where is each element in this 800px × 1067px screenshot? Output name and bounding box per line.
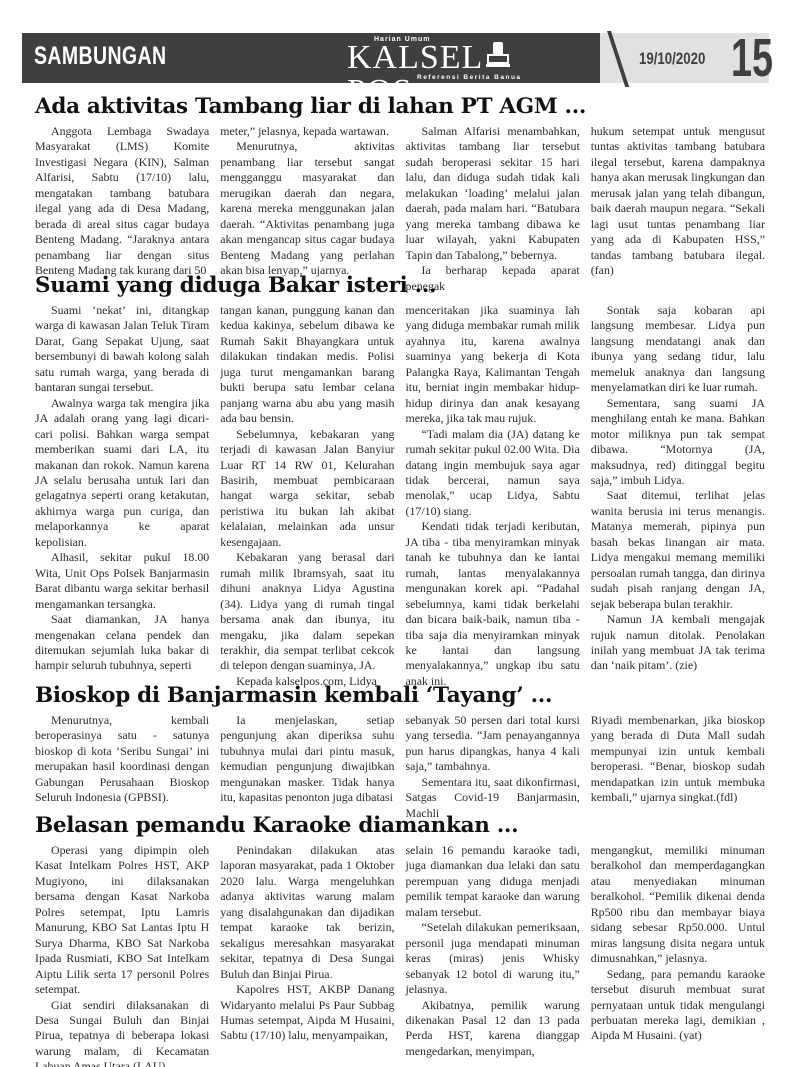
- paragraph: Akibatnya, pemilik warung dikenakan Pasa…: [406, 998, 580, 1060]
- paragraph: Giat sendiri dilaksanakan di Desa Sungai…: [35, 998, 209, 1067]
- paragraph: sebanyak 50 persen dari total kursi yang…: [406, 713, 580, 775]
- paragraph: Sementara, sang suami JA menghilang enta…: [591, 396, 765, 489]
- article-headline: Belasan pemandu Karaoke diamankan ...: [35, 812, 765, 840]
- article-column-4: Sontak saja kobaran api langsung membesa…: [591, 303, 765, 689]
- paragraph: Salman Alfarisi menambahkan, aktivitas t…: [406, 124, 580, 263]
- article-headline: Suami yang diduga Bakar isteri ...: [35, 272, 765, 300]
- article-bioskop-tayang: Bioskop di Banjarmasin kembali ‘Tayang’ …: [35, 682, 765, 821]
- paragraph: Anggota Lembaga Swadaya Masyarakat (LMS)…: [35, 124, 209, 279]
- logo-left-text: KALSEL: [347, 39, 483, 76]
- article-headline: Ada aktivitas Tambang liar di lahan PT A…: [35, 93, 765, 121]
- logo-tagline: Referensi Berita Banua: [417, 74, 522, 81]
- article-tambang-liar: Ada aktivitas Tambang liar di lahan PT A…: [35, 93, 765, 294]
- paragraph: “Setelah dilakukan pemeriksaan, personil…: [406, 920, 580, 997]
- newspaper-logo: Harian Umum KALSELPOS Referensi Berita B…: [347, 36, 577, 82]
- paragraph: Riyadi membenarkan, jika bioskop yang be…: [591, 713, 765, 806]
- paragraph: menceritakan jika suaminya lah yang didu…: [406, 303, 580, 427]
- paragraph: Kendati tidak terjadi keributan, JA tiba…: [406, 519, 580, 689]
- rumah-banjar-icon: [486, 42, 510, 70]
- article-columns: Menurutnya, kembali beroperasinya satu -…: [35, 713, 765, 821]
- article-columns: Anggota Lembaga Swadaya Masyarakat (LMS)…: [35, 124, 765, 294]
- issue-date: 19/10/2020: [639, 49, 705, 69]
- paragraph: “Tadi malam dia (JA) datang ke rumah sek…: [406, 427, 580, 520]
- paragraph: Operasi yang dipimpin oleh Kasat Intelka…: [35, 843, 209, 998]
- paragraph: meter,” jelasnya, kepada wartawan.: [220, 124, 394, 139]
- paragraph: selain 16 pemandu karaoke tadi, juga dia…: [406, 843, 580, 920]
- article-column-4: mengangkut, memiliki minuman beralkohol …: [591, 843, 765, 1067]
- article-columns: Suami ‘nekat’ ini, ditangkap warga di ka…: [35, 303, 765, 689]
- article-column-3: menceritakan jika suaminya lah yang didu…: [406, 303, 580, 689]
- article-column-2: meter,” jelasnya, kepada wartawan. Menur…: [220, 124, 394, 294]
- article-pemandu-karaoke: Belasan pemandu Karaoke diamankan ... Op…: [35, 812, 765, 1067]
- article-column-3: sebanyak 50 persen dari total kursi yang…: [406, 713, 580, 821]
- article-column-1: Suami ‘nekat’ ini, ditangkap warga di ka…: [35, 303, 209, 689]
- article-column-1: Menurutnya, kembali beroperasinya satu -…: [35, 713, 209, 821]
- paragraph: Menurutnya, aktivitas penambang liar ter…: [220, 139, 394, 278]
- article-column-3: Salman Alfarisi menambahkan, aktivitas t…: [406, 124, 580, 294]
- paragraph: hukum setempat untuk mengusut tuntas akt…: [591, 124, 765, 279]
- paragraph: Menurutnya, kembali beroperasinya satu -…: [35, 713, 209, 806]
- paragraph: Saat ditemui, terlihat jelas wanita beru…: [591, 488, 765, 612]
- masthead: SAMBUNGAN Harian Umum KALSELPOS Referens…: [22, 33, 769, 83]
- paragraph: mengangkut, memiliki minuman beralkohol …: [591, 843, 765, 967]
- article-column-4: hukum setempat untuk mengusut tuntas akt…: [591, 124, 765, 294]
- paragraph: Ia menjelaskan, setiap pengunjung akan d…: [220, 713, 394, 806]
- article-column-2: tangan kanan, punggung kanan dan kedua k…: [220, 303, 394, 689]
- article-column-1: Operasi yang dipimpin oleh Kasat Intelka…: [35, 843, 209, 1067]
- paragraph: Kapolres HST, AKBP Danang Widaryanto mel…: [220, 982, 394, 1044]
- article-column-2: Ia menjelaskan, setiap pengunjung akan d…: [220, 713, 394, 821]
- paragraph: Namun JA kembali mengajak rujuk namun di…: [591, 612, 765, 674]
- article-column-3: selain 16 pemandu karaoke tadi, juga dia…: [406, 843, 580, 1067]
- paragraph: Sedang, para pemandu karaoke tersebut di…: [591, 967, 765, 1044]
- page-number: 15: [731, 29, 773, 87]
- paragraph: tangan kanan, punggung kanan dan kedua k…: [220, 303, 394, 427]
- paragraph: Sebelumnya, kebakaran yang terjadi di ka…: [220, 427, 394, 551]
- paragraph: Suami ‘nekat’ ini, ditangkap warga di ka…: [35, 303, 209, 396]
- paragraph: Alhasil, sekitar pukul 18.00 Wita, Unit …: [35, 550, 209, 612]
- article-column-1: Anggota Lembaga Swadaya Masyarakat (LMS)…: [35, 124, 209, 294]
- paragraph: Kebakaran yang berasal dari rumah milik …: [220, 550, 394, 674]
- paragraph: Awalnya warga tak mengira jika JA adalah…: [35, 396, 209, 551]
- paragraph: Saat diamankan, JA hanya mengenakan cela…: [35, 612, 209, 674]
- article-column-4: Riyadi membenarkan, jika bioskop yang be…: [591, 713, 765, 821]
- article-headline: Bioskop di Banjarmasin kembali ‘Tayang’ …: [35, 682, 765, 710]
- paragraph: Penindakan dilakukan atas laporan masyar…: [220, 843, 394, 982]
- article-column-2: Penindakan dilakukan atas laporan masyar…: [220, 843, 394, 1067]
- paragraph: Sontak saja kobaran api langsung membesa…: [591, 303, 765, 396]
- article-suami-bakar-isteri: Suami yang diduga Bakar isteri ... Suami…: [35, 272, 765, 689]
- article-columns: Operasi yang dipimpin oleh Kasat Intelka…: [35, 843, 765, 1067]
- section-label: SAMBUNGAN: [34, 42, 166, 71]
